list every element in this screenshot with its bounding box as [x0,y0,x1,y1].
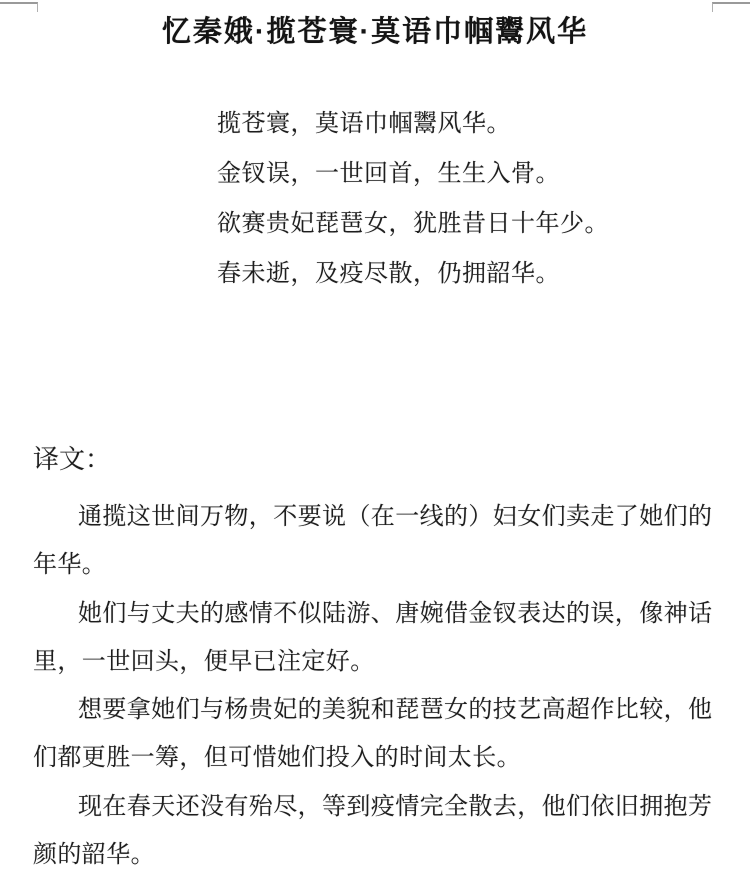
document-page: 忆秦娥·揽苍寰·莫语巾帼鬻风华 揽苍寰，莫语巾帼鬻风华。 金钗误，一世回首，生生… [0,0,750,873]
poem-line-2: 金钗误，一世回首，生生入骨。 [217,149,609,199]
translation-line-5: 想要拿她们与杨贵妃的美貌和琵琶女的技艺高超作比较，他 [33,686,728,734]
poem-line-3: 欲赛贵妃琵琶女，犹胜昔日十年少。 [217,199,609,249]
translation-line-4: 里，一世回头，便早已注定好。 [33,638,728,686]
translation-line-3: 她们与丈夫的感情不似陆游、唐婉借金钗表达的误，像神话 [33,590,728,638]
translation-line-7: 现在春天还没有殆尽，等到疫情完全散去，他们依旧拥抱芳 [33,783,728,831]
document-title: 忆秦娥·揽苍寰·莫语巾帼鬻风华 [0,10,750,54]
poem-block: 揽苍寰，莫语巾帼鬻风华。 金钗误，一世回首，生生入骨。 欲赛贵妃琵琶女，犹胜昔日… [217,99,609,299]
translation-block: 通揽这世间万物，不要说（在一线的）妇女们卖走了她们的 年华。 她们与丈夫的感情不… [33,493,728,873]
translation-heading: 译文： [33,441,111,479]
translation-line-8: 颜的韶华。 [33,831,728,873]
translation-line-1: 通揽这世间万物，不要说（在一线的）妇女们卖走了她们的 [33,493,728,541]
poem-line-1: 揽苍寰，莫语巾帼鬻风华。 [217,99,609,149]
translation-line-6: 们都更胜一筹，但可惜她们投入的时间太长。 [33,734,728,782]
poem-line-4: 春未逝，及疫尽散，仍拥韶华。 [217,249,609,299]
translation-line-2: 年华。 [33,541,728,589]
